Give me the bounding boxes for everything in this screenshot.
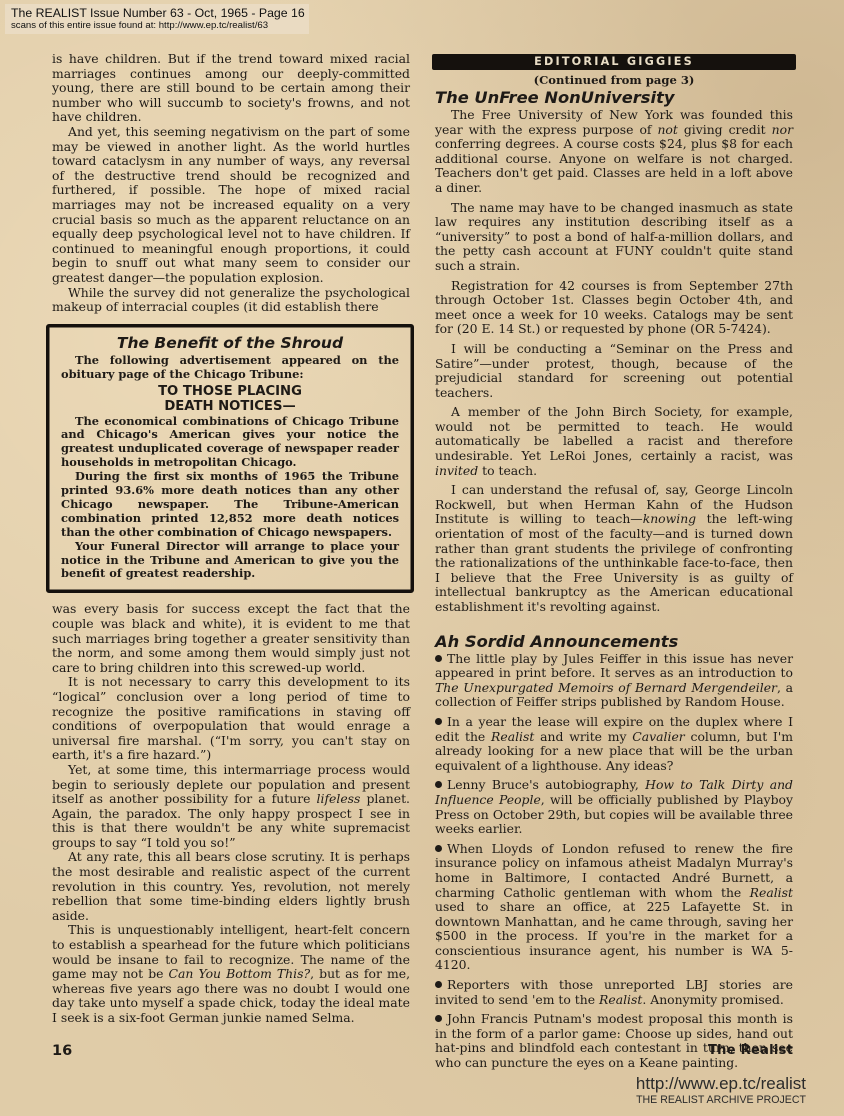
paragraph: At any rate, this all bears close scruti… [52,850,410,923]
paragraph: It is not necessary to carry this develo… [52,675,410,763]
paragraph: And yet, this seeming negativism on the … [52,125,410,286]
announcement-item: John Francis Putnam's modest proposal th… [435,1012,793,1070]
shroud-sidebar-box: The Benefit of the Shroud The following … [46,324,414,594]
bullet-icon [435,655,442,662]
announcement-item: When Lloyds of London refused to renew t… [435,842,793,973]
bullet-icon [435,1015,442,1022]
paragraph: I will be conducting a “Seminar on the P… [435,342,793,400]
ad-paragraph: Your Funeral Director will arrange to pl… [61,540,399,582]
page-number: 16 [52,1043,72,1059]
sidebar-intro: The following advertisement appeared on … [61,354,399,382]
section-heading: Ah Sordid Announcements [435,632,793,651]
archive-url: http://www.ep.tc/realist [636,1074,806,1094]
scan-title: The REALIST Issue Number 63 - Oct, 1965 … [11,6,305,20]
ad-heading-line: DEATH NOTICES— [61,399,399,414]
announcement-item: The little play by Jules Feiffer in this… [435,652,793,710]
announcement-item: In a year the lease will expire on the d… [435,715,793,773]
paragraph: Registration for 42 courses is from Sept… [435,279,793,337]
scan-header: The REALIST Issue Number 63 - Oct, 1965 … [5,4,309,34]
paragraph: A member of the John Birch Society, for … [435,405,793,478]
bullet-icon [435,845,442,852]
paragraph: The name may have to be changed inasmuch… [435,201,793,274]
ad-heading-line: TO THOSE PLACING [61,384,399,399]
footer-brand: The Realist [708,1043,793,1058]
announcement-item: Lenny Bruce's autobiography, How to Talk… [435,778,793,836]
paragraph: Yet, at some time, this intermarriage pr… [52,763,410,851]
ad-heading: TO THOSE PLACING DEATH NOTICES— [61,384,399,414]
announcement-item: Reporters with those unreported LBJ stor… [435,978,793,1007]
bullet-icon [435,718,442,725]
paragraph: is have children. But if the trend towar… [52,52,410,125]
ad-paragraph: The economical combinations of Chicago T… [61,415,399,471]
section-banner: EDITORIAL GIGGIES [432,54,796,70]
left-column: is have children. But if the trend towar… [52,52,410,1026]
paragraph: The Free University of New York was foun… [435,108,793,196]
scan-subtitle: scans of this entire issue found at: htt… [11,20,305,31]
paragraph: This is unquestionably intelligent, hear… [52,923,410,1025]
paragraph: While the survey did not generalize the … [52,286,410,315]
paragraph: was every basis for success except the f… [52,602,410,675]
sidebar-title: The Benefit of the Shroud [61,333,399,353]
right-column: EDITORIAL GIGGIES (Continued from page 3… [435,60,793,1071]
paragraph: I can understand the refusal of, say, Ge… [435,483,793,614]
ad-paragraph: During the first six months of 1965 the … [61,470,399,540]
section-heading: The UnFree NonUniversity [435,88,793,107]
archive-name: THE REALIST ARCHIVE PROJECT [636,1094,806,1106]
bullet-icon [435,781,442,788]
continued-note: (Continued from page 3) [435,72,793,88]
bullet-icon [435,981,442,988]
